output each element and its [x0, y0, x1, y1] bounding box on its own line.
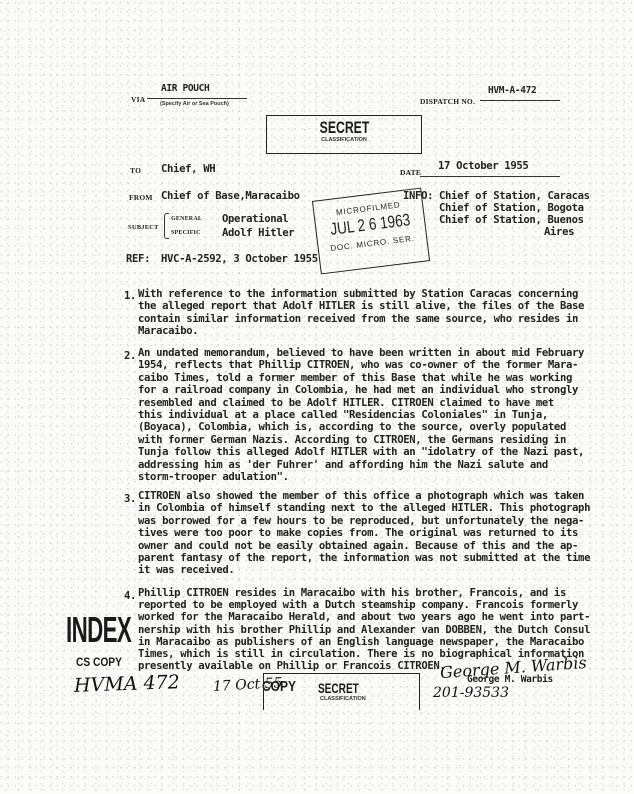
handwritten-number: 201-93533: [433, 685, 509, 701]
date-field: 17 October 1955: [420, 162, 560, 177]
paragraph-2-line: resembled and claimed to be Adolf HITLER…: [138, 397, 608, 409]
paragraph-2-line: with former German Nazis. According to C…: [138, 434, 608, 446]
paragraph-1: With reference to the information submit…: [138, 287, 608, 339]
info-line-2: Chief of Station, Bogota: [439, 202, 584, 214]
paragraph-3: CITROEN also showed the member of this o…: [138, 490, 608, 577]
general-label: GENERAL: [171, 216, 202, 222]
ref-label: REF:: [126, 253, 150, 265]
from-label: FROM: [129, 193, 153, 202]
paragraph-4-line: reported to be employed with a Dutch ste…: [138, 599, 608, 611]
paragraph-3-line: was borrowed for a few hours to be repro…: [138, 515, 608, 527]
info-line-3: Chief of Station, Buenos: [439, 214, 584, 226]
paragraph-3-line: tives were too poor to make copies from.…: [138, 527, 608, 539]
paragraph-2-line: caibo Times, told a former member of thi…: [138, 372, 608, 384]
paragraph-2-line: (Boyaca), Colombia, which is, according …: [138, 421, 608, 433]
dispatch-field: HVM-A-472: [480, 86, 560, 101]
dispatch-number: HVM-A-472: [488, 85, 536, 96]
ref-value: HVC-A-2592, 3 October 1955: [161, 253, 318, 265]
date-value: 17 October 1955: [438, 160, 528, 172]
paragraph-2-line: this individual at a place called "Resid…: [138, 409, 608, 421]
to-value: Chief, WH: [161, 163, 215, 175]
via-hint: (Specify Air or Sea Pouch): [160, 101, 229, 107]
date-label: DATE: [400, 168, 421, 177]
paragraph-2-line: addressing him as 'der Fuhrer' and affor…: [138, 459, 608, 471]
paragraph-2-line: for a railroad company in Colombia, he h…: [138, 384, 608, 396]
paragraph-3-line: in Colombia of himself standing next to …: [138, 502, 608, 514]
subject-label: SUBJECT: [128, 224, 159, 231]
subject-bracket: [164, 213, 169, 239]
paragraph-3-line: CITROEN also showed the member of this o…: [138, 490, 608, 502]
general-value: Operational: [222, 213, 288, 225]
paragraph-3-line: it was received.: [138, 564, 608, 576]
paragraph-2-number: 2.: [124, 350, 136, 362]
info-line-1: Chief of Station, Caracas: [439, 190, 590, 202]
paragraph-4-line: worked for the Maracaibo Herald, and abo…: [138, 611, 608, 623]
from-value: Chief of Base,Maracaibo: [161, 190, 300, 202]
paragraph-2: An undated memorandum, believed to have …: [138, 347, 608, 483]
footer-classification-word: SECRET: [318, 680, 359, 696]
paragraph-4-line: nership with his brother Phillip and Ale…: [138, 624, 608, 636]
to-label: TO: [130, 166, 141, 175]
specific-value: Adolf Hitler: [222, 227, 294, 239]
index-stamp: INDEX: [66, 609, 131, 651]
footer-classification-label: CLASSIFICATION: [320, 696, 366, 702]
paragraph-2-line: An undated memorandum, believed to have …: [138, 347, 608, 359]
paragraph-4-number: 4.: [124, 590, 136, 602]
info-line-4: Aires: [544, 226, 574, 238]
classification-word: SECRET: [319, 118, 369, 138]
microfilmed-stamp: MICROFILMED JUL 2 6 1963 DOC. MICRO. SER…: [312, 188, 430, 275]
paragraph-2-line: Tunja follow this alleged Adolf HITLER w…: [138, 446, 608, 458]
paragraph-4-line: Phillip CITROEN resides in Maracaibo wit…: [138, 587, 608, 599]
paragraph-4-line: in Maracaibo as publishers of an English…: [138, 636, 608, 648]
paragraph-3-number: 3.: [124, 493, 136, 505]
paragraph-1-number: 1.: [124, 290, 136, 302]
dispatch-label: DISPATCH NO.: [420, 97, 475, 106]
handwritten-dispatch-ref: HVMA 472: [74, 671, 180, 697]
cs-copy-stamp: CS COPY: [76, 655, 122, 669]
classification-box: SECRET CLASSIFICATION: [266, 115, 422, 154]
via-label: VIA: [131, 95, 145, 104]
paragraph-1-line: contain similar information received fro…: [138, 312, 608, 327]
via-value: AIR POUCH: [161, 83, 209, 94]
specific-label: SPECIFIC: [171, 230, 201, 236]
paragraph-2-line: storm-trooper adulation".: [138, 471, 608, 483]
paragraph-3-line: owner and could not be easily obtained a…: [138, 540, 608, 552]
signer-typed-name: George M. Warbis: [467, 674, 553, 685]
paragraph-2-line: 1954, reflects that Phillip CITROEN, who…: [138, 359, 608, 371]
footer-classification-box: SECRET CLASSIFICATION: [263, 673, 420, 710]
via-field: AIR POUCH: [147, 84, 247, 99]
paragraph-3-line: parent fantasy of the report, the inform…: [138, 552, 608, 564]
